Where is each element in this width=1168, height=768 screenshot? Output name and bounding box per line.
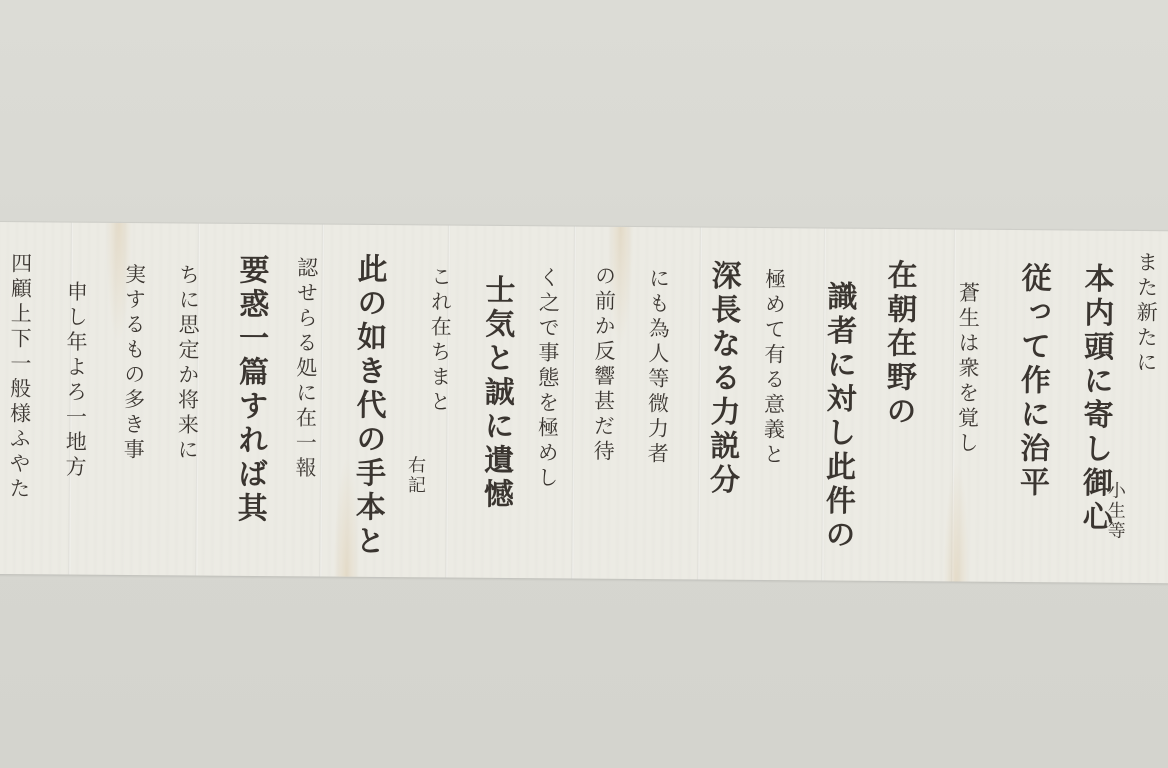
calligraphy-column: く之で事態を極めし: [536, 266, 559, 491]
calligraphy-column: 四顧上下一般様ふやた: [8, 252, 31, 502]
calligraphy-scroll: また新たに本内頭に寄し御心従って作に治平蒼生は衆を覚し在朝在野の識者に対し此件の…: [0, 222, 1168, 583]
signature-mark: 小生等: [1102, 481, 1128, 541]
calligraphy-column: 申し年よろ一地方: [64, 281, 87, 481]
calligraphy-column: にも為人等微力者: [646, 267, 669, 467]
calligraphy-column: 実するもの多き事: [122, 263, 145, 463]
calligraphy-column: これ在ちまと: [428, 265, 450, 415]
calligraphy-column: 此の如き代の手本と: [351, 253, 383, 559]
calligraphy-column: 極めて有る意義と: [762, 268, 785, 468]
calligraphy-column: 要惑一篇すれば其: [234, 254, 266, 526]
calligraphy-column: 蒼生は衆を覚し: [956, 282, 978, 457]
calligraphy-column: また新たに: [1135, 251, 1157, 376]
calligraphy-column: 深長なる力説分: [706, 260, 738, 498]
calligraphy-column: の前か反響甚だ待: [592, 265, 615, 465]
calligraphy-column: 認せらる処に在一報: [294, 256, 317, 481]
calligraphy-column: ちに思定か将来に: [176, 263, 199, 463]
signature-mark: 右記: [402, 455, 428, 495]
calligraphy-column: 士気と誠に遺憾: [480, 274, 512, 512]
calligraphy-column: 在朝在野の: [882, 259, 913, 429]
paper-stain: [943, 461, 970, 581]
calligraphy-column: 識者に対し此件の: [821, 281, 853, 553]
calligraphy-column: 従って作に治平: [1016, 262, 1048, 500]
